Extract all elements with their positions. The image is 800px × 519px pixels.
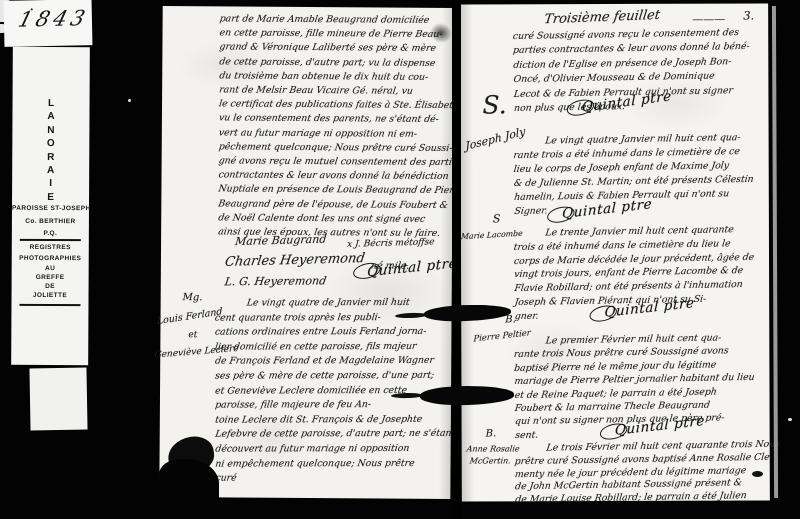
handwritten-line: ses père & mère de cette paroisse, d'une… xyxy=(214,369,456,384)
year-label: 1843 xyxy=(16,6,92,32)
act3-margin-letter: S xyxy=(493,212,501,225)
de-label: DE xyxy=(12,283,89,290)
vertical-title-letter: E xyxy=(12,191,89,205)
marriage-act-continuation-text: part de Marie Amable Beaugrand domicilié… xyxy=(218,12,465,241)
handwritten-line: grand & Véronique Laliberté ses père & m… xyxy=(218,41,465,57)
ink-dot xyxy=(42,12,44,14)
province-label: P.Q. xyxy=(12,230,89,237)
divider-rule xyxy=(19,304,80,306)
act5-baptism-text: Le trois Février mil huit cent quarante … xyxy=(514,439,781,508)
handwritten-line: curé xyxy=(214,471,456,486)
microfilm-frame: 1843 LANORAIE PAROISSE ST-JOSEPH Co. BER… xyxy=(0,0,800,519)
handwritten-line: Nuptiale en présence de Louis Beaugrand … xyxy=(217,183,464,199)
archive-side-label: LANORAIE PAROISSE ST-JOSEPH Co. BERTHIER… xyxy=(11,47,90,365)
film-dust-speck xyxy=(128,99,131,102)
register-left-page: part de Marie Amable Beaugrand domicilié… xyxy=(159,6,453,499)
au-label: AU xyxy=(12,265,89,272)
handwritten-line: découvert au futur mariage ni opposition xyxy=(214,442,456,457)
handwritten-line: lier domicilié en cette paroisse, fils m… xyxy=(214,340,456,355)
marriage-act-ferland-text: Le vingt quatre de Janvier mil huitcent … xyxy=(215,296,456,487)
handwritten-line: de François Ferland et de Magdelaine Wag… xyxy=(214,354,456,369)
signature-witness1: Charles Heyeremond xyxy=(224,251,366,270)
handwritten-line: vert au futur mariage ni opposition ni e… xyxy=(218,126,465,142)
blank-label-box xyxy=(29,368,87,431)
greffe-label: GREFFE xyxy=(12,274,89,281)
act2-margin-letter: S. xyxy=(482,90,506,119)
act4-margin-letter: B. xyxy=(505,314,516,325)
handwritten-line: toine Leclere dit St. François & de Jose… xyxy=(214,413,456,428)
photographies-label: PHOTOGRAPHIES xyxy=(12,255,89,262)
act5-margin-name-line2: McGertin. xyxy=(469,456,511,465)
signature-note: x J. Bécris métoffse xyxy=(347,237,436,249)
signature-witness2: L. G. Heyeremond xyxy=(224,274,327,288)
handwritten-line: de cette paroisse, d'autre part; vu la d… xyxy=(218,55,465,71)
handwritten-line: Lefebvre de cette paroisse, d'autre part… xyxy=(214,427,456,442)
folio-header-title: Troisième feuillet xyxy=(543,8,661,28)
vertical-title-letter: A xyxy=(12,164,89,178)
signature-priest: Quintal ptre xyxy=(367,255,458,280)
register-right-page: Troisième feuillet ——— 3. curé Soussigné… xyxy=(460,3,770,501)
page-edge-strip xyxy=(772,6,778,498)
page-gutter xyxy=(452,0,461,519)
parish-label: PAROISSE ST-JOSEPH xyxy=(12,205,89,212)
signature-bride: Marie Baugrand xyxy=(234,233,327,249)
divider-rule xyxy=(20,239,81,241)
vertical-title-letter: A xyxy=(12,110,89,124)
margin-act-type: Mg. xyxy=(183,292,203,303)
handwritten-line: Le vingt quatre de Janvier mil huit xyxy=(214,296,456,311)
vertical-title-letter: R xyxy=(12,150,89,164)
act5-margin-letter: B. xyxy=(486,428,497,439)
county-label: Co. BERTHIER xyxy=(12,218,89,225)
handwritten-line: Beaugrand père de l'épouse, de Louis Fou… xyxy=(217,197,464,213)
folio-page-number: 3. xyxy=(743,9,754,23)
margin-groom-name: Louis Ferland xyxy=(157,306,223,327)
registres-label: REGISTRES xyxy=(12,244,89,251)
ink-blot xyxy=(752,471,763,477)
handwritten-line: ni empêchement quelconque; Nous prêtre xyxy=(214,456,456,471)
act5-margin-name-line1: Anne Rosalie xyxy=(466,444,520,453)
handwritten-line: paroisse, fille majeure de feu An- xyxy=(214,398,456,413)
year-label-box: 1843 xyxy=(4,0,93,47)
ink-dot xyxy=(31,8,33,10)
joliette-label: JOLIETTE xyxy=(12,292,89,299)
handwritten-line: vu le consentement des parents, ne s'éta… xyxy=(218,112,465,128)
folio-header-separator: ——— xyxy=(692,13,725,26)
vertical-title-letter: O xyxy=(12,137,89,151)
handwritten-line: cations ordinaires entre Louis Ferland j… xyxy=(214,325,456,340)
vertical-title-letter: I xyxy=(12,177,89,191)
vertical-title-lanoraie: LANORAIE xyxy=(12,97,90,205)
vertical-title-letter: N xyxy=(12,124,89,138)
margin-conjunction: et xyxy=(188,330,197,340)
film-dust-speck xyxy=(788,418,792,421)
vertical-title-letter: L xyxy=(13,97,90,111)
